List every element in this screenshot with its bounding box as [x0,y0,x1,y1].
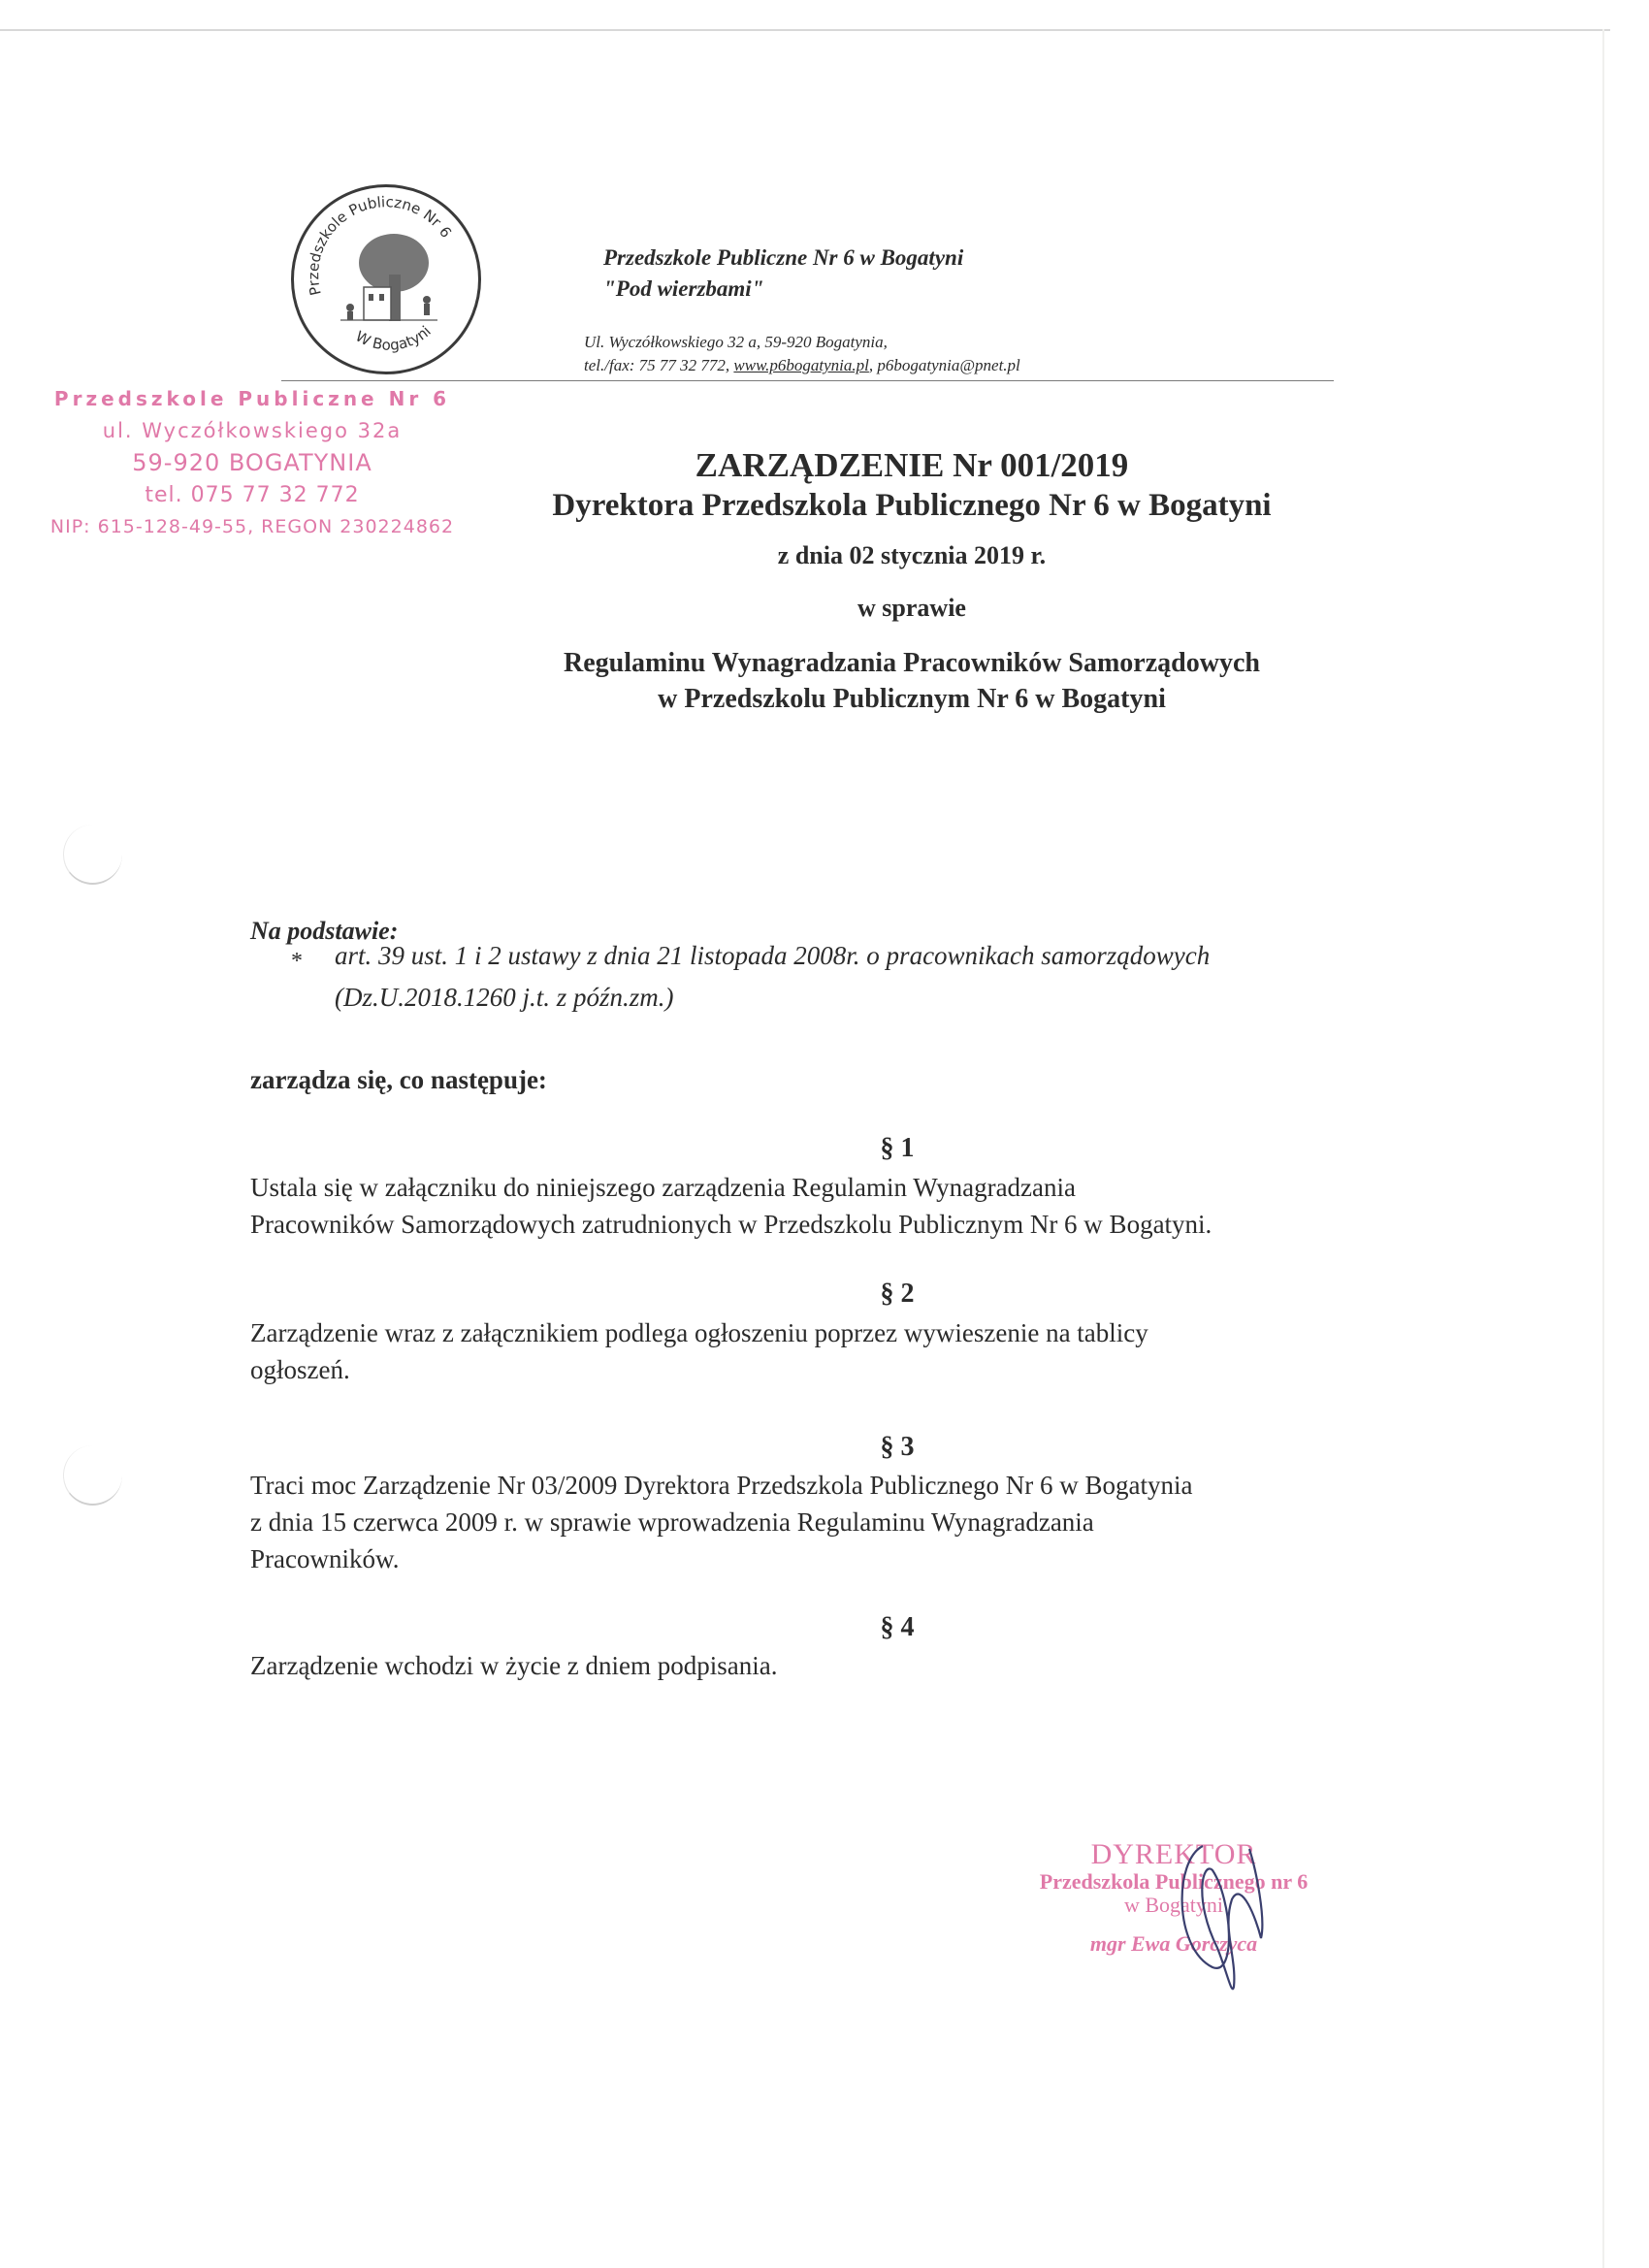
legal-basis-line: art. 39 ust. 1 i 2 ustawy z dnia 21 list… [335,941,1210,971]
paragraph-line: Pracowników Samorządowych zatrudnionych … [250,1206,1212,1243]
document-title: ZARZĄDZENIE Nr 001/2019 [0,446,1649,485]
paragraph-text: Ustala się w załączniku do niniejszego z… [250,1169,1212,1243]
subject-line-2: w Przedszkolu Publicznym Nr 6 w Bogatyni [0,684,1649,715]
paragraph-number: § 1 [0,1133,1649,1164]
bullet-asterisk-icon: * [291,949,303,975]
contact-phone: tel./fax: 75 77 32 772, [584,356,733,374]
round-school-stamp: Przedszkole Publiczne Nr 6 W Bogatyni [291,184,481,374]
institution-address: Ul. Wyczółkowskiego 32 a, 59-920 Bogatyn… [584,333,888,352]
paragraph-line: Ustala się w załączniku do niniejszego z… [250,1169,1212,1206]
paragraph-line: Zarządzenie wraz z załącznikiem podlega … [250,1314,1148,1351]
tree-house-children-icon: Przedszkole Publiczne Nr 6 W Bogatyni [294,187,478,372]
institution-contact: tel./fax: 75 77 32 772, www.p6bogatynia.… [584,356,1020,375]
scan-edge-top [0,29,1610,31]
regarding-label: w sprawie [0,594,1649,623]
letterhead-divider [281,380,1334,381]
orders-intro: zarządza się, co następuje: [250,1065,547,1095]
paragraph-line: Traci moc Zarządzenie Nr 03/2009 Dyrekto… [250,1467,1192,1504]
round-stamp-bottom-text: W Bogatyni [352,322,434,353]
paragraph-line: ogłoszeń. [250,1351,1148,1388]
institution-name: Przedszkole Publiczne Nr 6 w Bogatyni [603,245,963,271]
punch-hole-mark [63,825,122,885]
paragraph-text: Traci moc Zarządzenie Nr 03/2009 Dyrekto… [250,1467,1192,1577]
paragraph-text: Zarządzenie wraz z załącznikiem podlega … [250,1314,1148,1388]
paragraph-line: z dnia 15 czerwca 2009 r. w sprawie wpro… [250,1504,1192,1540]
address-stamp-line: ul. Wyczółkowskiego 32a [48,415,456,447]
legal-basis-line: (Dz.U.2018.1260 j.t. z późn.zm.) [335,983,674,1013]
subject-line-1: Regulaminu Wynagradzania Pracowników Sam… [0,648,1649,679]
address-stamp-line: Przedszkole Publiczne Nr 6 [48,383,456,415]
document-issuer: Dyrektora Przedszkola Publicznego Nr 6 w… [0,488,1649,524]
svg-text:W Bogatyni: W Bogatyni [352,322,434,353]
institution-nickname: "Pod wierzbami" [603,276,763,302]
paragraph-line: Pracowników. [250,1540,1192,1577]
paragraph-line: Zarządzenie wchodzi w życie z dniem podp… [250,1647,778,1684]
handwritten-signature-icon [1164,1841,1280,1996]
paragraph-text: Zarządzenie wchodzi w życie z dniem podp… [250,1647,778,1684]
email-link[interactable]: p6bogatynia@pnet.pl [877,356,1019,374]
paragraph-number: § 4 [0,1612,1649,1643]
paragraph-number: § 2 [0,1279,1649,1310]
paragraph-number: § 3 [0,1432,1649,1463]
website-link[interactable]: www.p6bogatynia.pl [733,356,868,374]
document-date: z dnia 02 stycznia 2019 r. [0,541,1649,570]
